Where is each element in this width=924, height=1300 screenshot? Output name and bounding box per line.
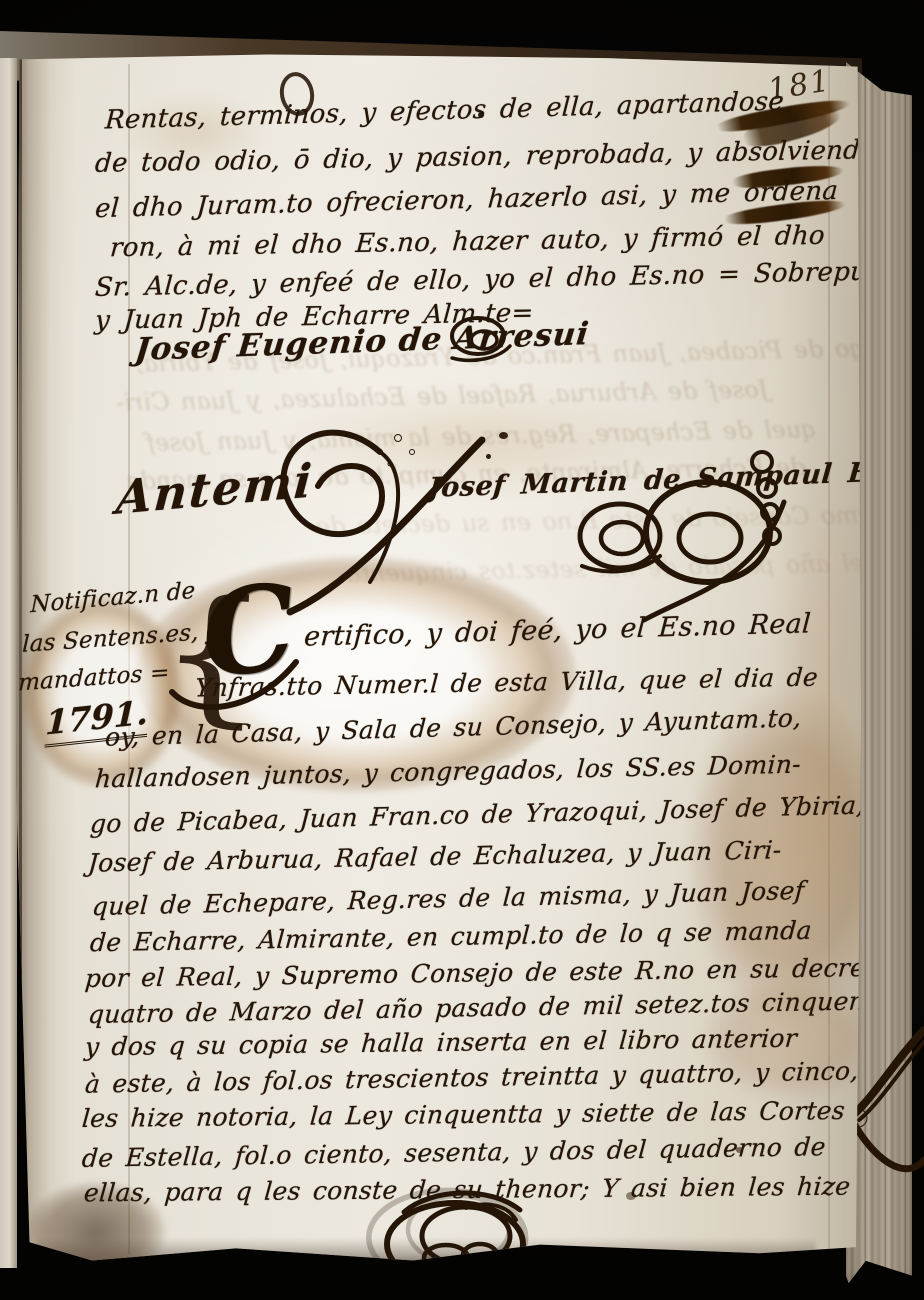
book-gutter [0,58,17,1268]
manuscript-line: ron, à mi el dho Es.no, hazer auto, y fi… [109,221,826,264]
ghost-text-line: Josef de Arburua, Rafael de Echaluzea, y… [116,375,769,417]
manuscript-line: quatro de Marzo del año pasado de mil se… [87,986,892,1029]
rubric-flourish-icon [370,1182,570,1300]
manuscript-line: Rentas, terminos, y efectos de ella, apa… [104,86,785,135]
manuscript-page: go de Picabea, Juan Fran.co de Yrazoqui,… [16,52,861,1274]
manuscript-line: hallandosen juntos, y congregados, los S… [94,750,802,794]
flourish-swirl-icon [636,452,796,632]
signature-rubric-icon [444,310,514,366]
manuscript-line: go de Picabea, Juan Fran.co de Yrazoqui,… [89,791,865,839]
manuscript-line: de Estella, fol.o ciento, sesenta, y dos… [81,1132,827,1173]
manuscript-line: Sr. Alc.de, y enfeé de ello, yo el dho E… [94,255,924,303]
manuscript-line: les hize notoria, la Ley cinquentta y si… [81,1096,846,1133]
manuscript-line: y dos q su copia se halla inserta en el … [84,1024,798,1062]
manuscript-line: Josef de Arburua, Rafael de Echaluzea, y… [87,835,782,877]
gutter-crease [19,52,22,1274]
photo-background: go de Picabea, Juan Fran.co de Yrazoqui,… [0,0,924,1300]
manuscript-line: à este, à los fol.os trescientos treintt… [84,1056,860,1099]
manuscript-line: quel de Echepare, Reg.res de la misma, y… [91,876,805,921]
manuscript-line: de Echarre, Almirante, en cumpl.to de lo… [89,916,813,958]
